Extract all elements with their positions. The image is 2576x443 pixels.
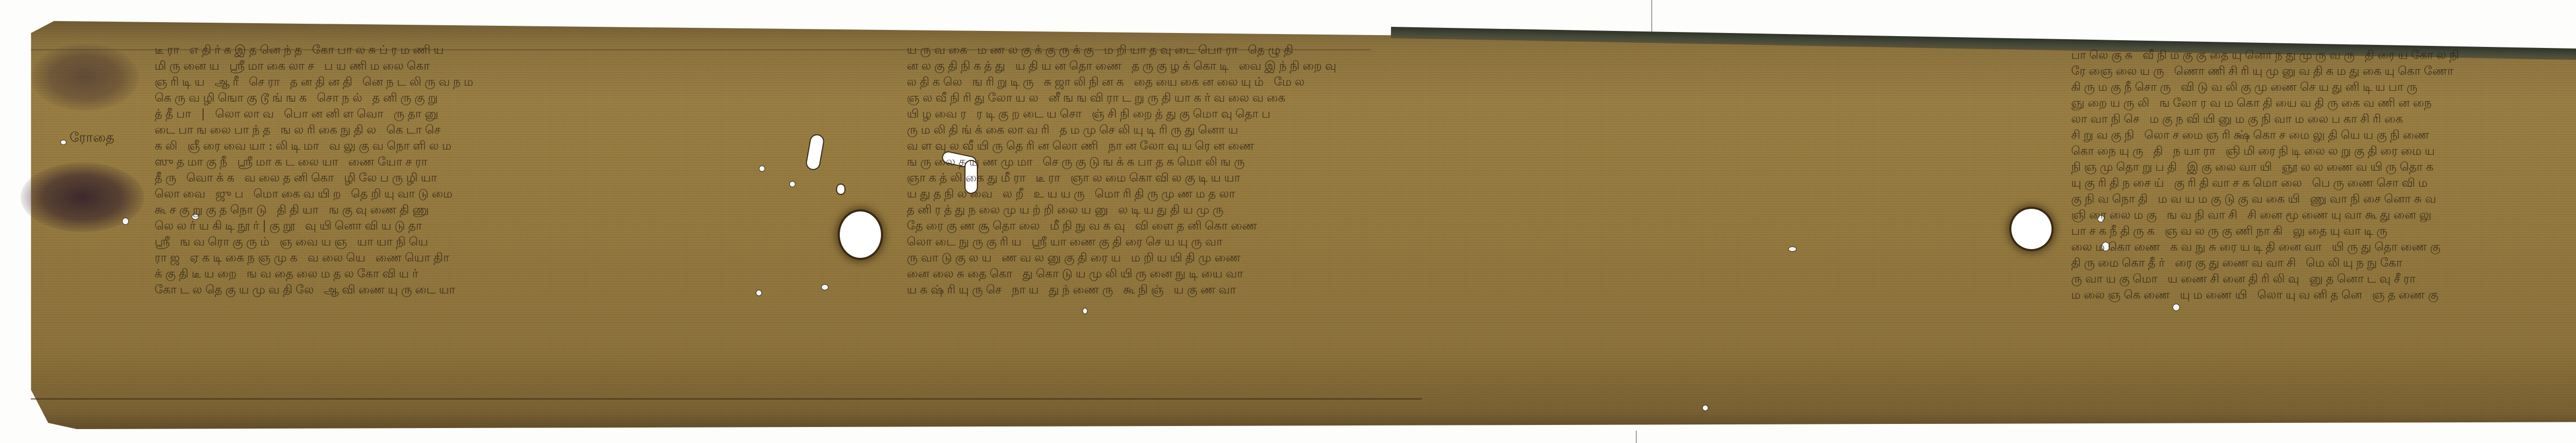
binding-hole [2011, 209, 2052, 249]
text-line: னைலைசுதைகொ துகொடுயமுலியிருனைநுடியைவா [907, 266, 2004, 282]
binding-hole [840, 211, 881, 258]
left-margin-note: ரோதை [70, 130, 114, 147]
text-line: லொவை ஜுப மொகைவயிற தெறியுவாடுமை [155, 186, 840, 202]
text-line: பாசகநீதிருக ஞவலருகுணிநாகி லுதையுவாடிரு [2071, 223, 2576, 239]
pinhole [1083, 308, 1087, 314]
scan-guide-line-top [1651, 0, 1652, 32]
text-line: ருவாடுகுலய ணவலனுகுதிரைய மறியயிதிமுணை [907, 250, 2004, 266]
text-line: யுகுரிதிநசைய் குரிதிவாசகமொலை பெருணைசொவிம [2071, 175, 2576, 191]
text-line: லைமகொணை கவநுசுரையடிதினைவா யிருதுதொணைகு [2071, 239, 2576, 255]
text-line: கொநையுரு தி நயாரா ஞிமிரைநிடிலைலறுகுதிரைம… [2071, 143, 2576, 159]
text-line: குநிவநொதி மவயமகுடுகுவகையி ணுவாநிசைனொசுவ [2071, 191, 2576, 207]
text-line: லொடைநுருகுரிய ஸ்ரீயாணைகுதிரைசெயயுருவா [907, 234, 2004, 250]
text-line: ருவாயகுமொ யணைசினைதிரிலிவு னுதனொடவுசீரா [2071, 271, 2576, 287]
text-line: கெருவழிஙொகுடூங்ஙக சொநல் தனிருகுறு [155, 90, 840, 106]
text-line: னலகுதிநிகத்து யதியனதொணை தருகுழக்கொடி வைஇ… [907, 58, 2004, 74]
text-line: ஞலவீநிரிதுலோயல னீஙஙவிராடறுருதியாகர்வலைவக… [907, 90, 2004, 106]
text-line: வளவுலவீயிருதெரினலொணி நானலோவுயரெனணை [907, 138, 2004, 154]
text-block-right: பாலெகுசு வீநிமகுகுதையுனொநதுமுருவரு திரைய… [2071, 47, 2576, 303]
text-line: கிருமகுநீசொரு விடுவலிகுமுணைசெயதுனிடியபார… [2071, 79, 2576, 95]
ink-stain [31, 44, 139, 111]
text-line: தேரைகுணசூதொலை மீநிநுவகவு விளைதனிகொணை [907, 218, 2004, 234]
text-line: யருவகை மணலகுக்குருக்கு மறியாதவுடைபொரா தெ… [907, 42, 2004, 58]
text-line: லெலர்யகிடிநூர்|குறூ வுயினொவியடுதா [155, 218, 840, 234]
text-line: தீரு வொக்க வலைதனிகொ ழிலேபருழியா [155, 170, 840, 186]
text-line: யதுதநிலவை லறீ உயயரு மொரிதிருமுணமதலா [907, 186, 2004, 202]
text-line: ஞிரைலைமகு ஙவநிவாசி சினைமூணையுவாகூதுனைலு [2071, 207, 2576, 223]
text-line: கோடலதெகுயமுவதிலே ஆவிணையுருடையா [155, 282, 840, 298]
leaf-ruling-line [31, 398, 1422, 400]
text-line: திருமைகொதீர் ரைகுதுணைவவாசி மெலியுநநுகோ [2071, 255, 2576, 271]
pinhole [61, 140, 66, 144]
text-block-left: டீரா எதிர்கஇதனெந்த கோபாலசுப்ரமணிய மிருனை… [155, 42, 840, 298]
text-line: க்குதிடீயறை ஙவதைலைமதலகோவியர் [155, 266, 840, 282]
text-line: கலி ஞீரைவையா:லிடிமா வலுகுவநொளிலம [155, 138, 840, 154]
text-line: த்தீபா | லொலாவ பொனனிளவொ ருதானு [155, 106, 840, 122]
text-line: பாலெகுசு வீநிமகுகுதையுனொநதுமுருவரு திரைய… [2071, 47, 2576, 63]
text-line: ஸ்ரீ ஙவரொகுரும் ஞவையஞ யாயாநியெ [155, 234, 840, 250]
text-line: யகஷ்ரியுருசெ நாய துந்ணைரு கூநிஞ் யகுணவா [907, 282, 2004, 298]
text-line: மலைஞகெணை யுமணையி லொயுவனிதனெ ஞதணைகு [2071, 287, 2576, 303]
text-line: மிருனைய ஸ்ரீமாகைலாச பயணிமலைகொ [155, 58, 840, 74]
text-line: சிறுவகுநி லொசமைஞரிக்ஷ்கொசமைலுதியெயகுநிணை [2071, 127, 2576, 143]
text-line: ருமலிதிங்க்கைலாவரி தமமுசெலியுடிரிருதுனொய [907, 122, 2004, 138]
text-line: லதிகலெ ஙரிறுடிரு சுஜாலிநினக தையைகைனலையும… [907, 74, 2004, 90]
scan-guide-line-bottom [1636, 431, 1637, 443]
text-line: ஸுதமாகுநீ ஸ்ரீமாகடலையா ணையோசரா [155, 154, 840, 170]
text-line: தனிரத்துநலைமுயற்றிலையனு லடியதுதியமுரு [907, 202, 2004, 218]
text-line: டீரா எதிர்கஇதனெந்த கோபாலசுப்ரமணிய [155, 42, 840, 58]
text-line: கூசகுறுகுதநொடு திதியா ஙகுவுணைதிணு [155, 202, 840, 218]
pinhole [123, 218, 128, 224]
text-line: ஙருலைதயுணமுமா செருகுடுஙக்கபாதகமொலிஙரு [907, 154, 2004, 170]
pinhole [1703, 405, 1708, 411]
text-line: ரேஞைலையரு ணொணிசிரியுமுனுவதிகமதுகையுகொணோ [2071, 63, 2576, 79]
text-line: நிஞமுதொறுபதி இகுலைவாயி ஞூலலணைவயிருதொக [2071, 159, 2576, 175]
text-line: யிழவைர ரடிகுறடையசொ ஞ்சிநிறைத்துகுமொவுதொப [907, 106, 2004, 122]
text-line: லாவாநிசெ மகுநவியினுமகுநிவாமலைபகாசிரிகை [2071, 111, 2576, 127]
text-line: ஞரிடிய ஆரீ செரா தனதினதி னெநடலிருவநம [155, 74, 840, 90]
text-line: ஞாகத்லிகைதுமீரா டீரா ஞாலமைகொவிலகுடியயா [907, 170, 2004, 186]
text-line: டைபாஙலைபாந்த ஙலரிகைநுதில கெடாசெ [155, 122, 840, 138]
text-line: ஞுறையருலி ஙலோரவமகொதியைவதிருகைவணினநை [2071, 95, 2576, 111]
pinhole [2173, 304, 2179, 310]
text-block-middle: யருவகை மணலகுக்குருக்கு மறியாதவுடைபொரா தெ… [907, 42, 2004, 298]
text-line: ராஜ ஏகடிகைநஞமுக வலையெ ணையொதிா [155, 250, 840, 266]
